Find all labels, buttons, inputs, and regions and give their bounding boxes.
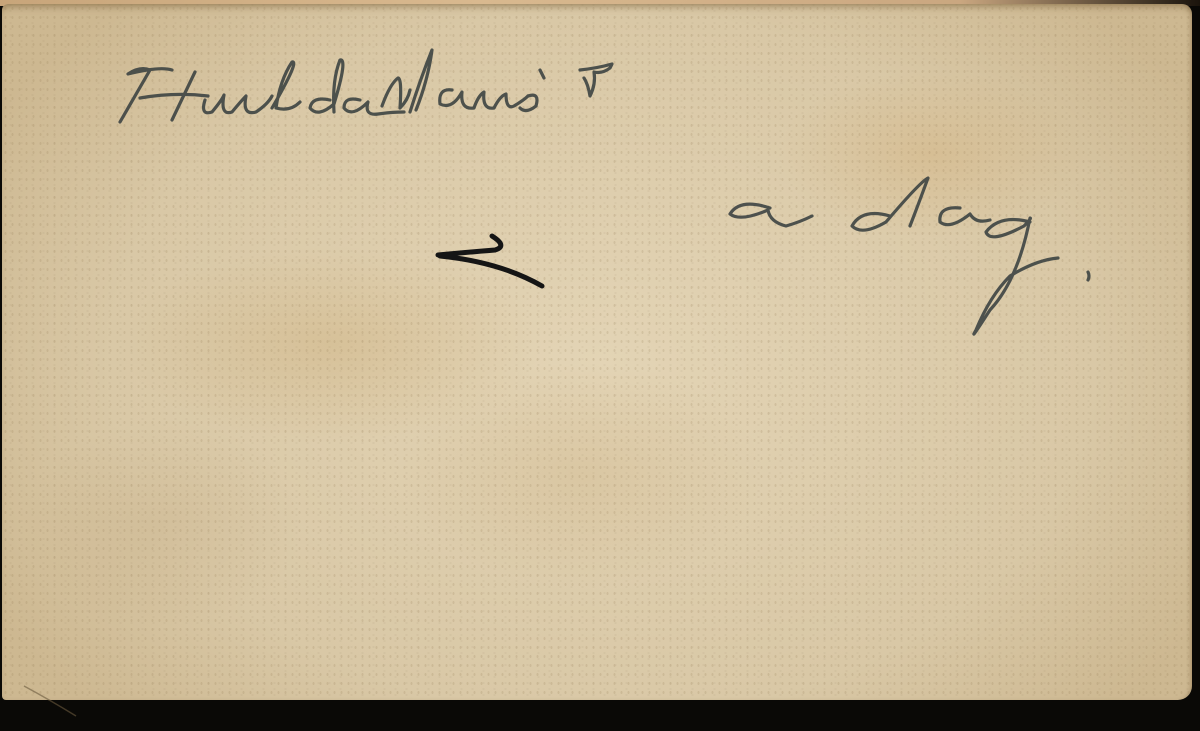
handwritten-word-hulda [120,60,404,122]
handwritten-word-a-dog [730,178,1058,334]
handwritten-period [1088,272,1089,280]
check-mark [438,236,542,286]
handwriting-layer [0,0,1200,731]
handwritten-word-davis [382,50,612,112]
paper-crease [24,686,76,716]
